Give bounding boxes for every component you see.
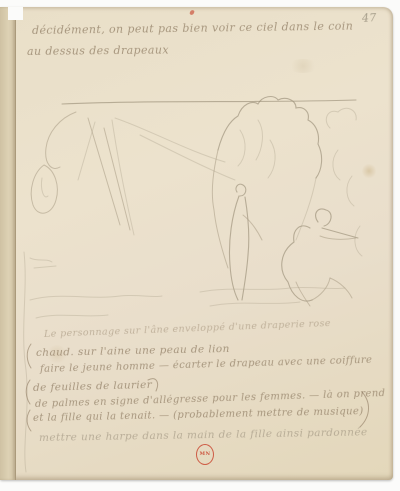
manuscript-scan: 47 décidément, on peut pas bien voir ce … bbox=[0, 0, 400, 491]
stamp-letters: MN bbox=[199, 452, 210, 457]
collection-stamp-icon: MN bbox=[196, 444, 214, 465]
page-number: 47 bbox=[362, 11, 378, 25]
handwriting-line-top-2: au dessus des drapeaux bbox=[27, 44, 169, 58]
